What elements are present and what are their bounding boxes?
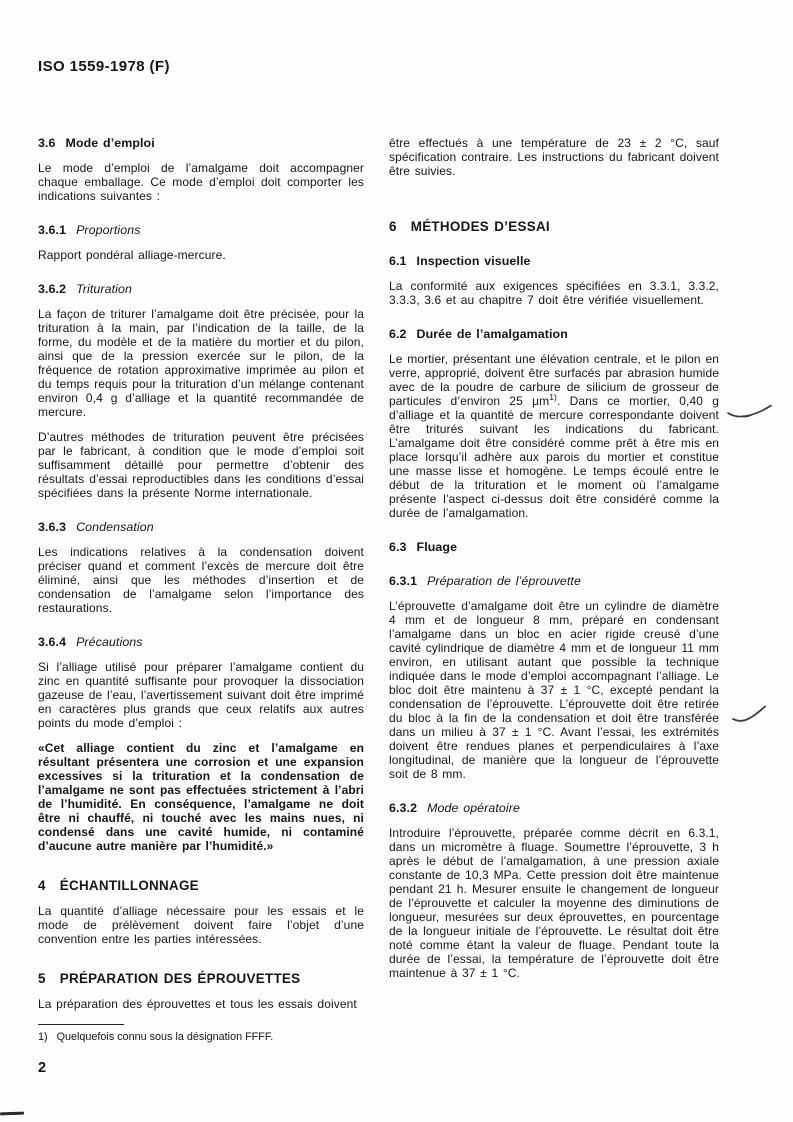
heading-6-3-1: 6.3.1Préparation de l’éprouvette — [389, 574, 719, 588]
heading-3-6-2: 3.6.2Trituration — [38, 282, 364, 296]
heading-6-2: 6.2Durée de l’amalgamation — [389, 327, 719, 341]
paragraph: être effectués à une température de 23 ±… — [389, 136, 719, 178]
paragraph: La préparation des éprouvettes et tous l… — [38, 997, 364, 1011]
section-title: Proportions — [76, 223, 140, 237]
section-title: Trituration — [76, 282, 132, 296]
section-title: Préparation de l’éprouvette — [427, 574, 581, 588]
footnote-marker: 1) — [38, 1031, 48, 1043]
footnote-rule — [38, 1024, 124, 1025]
section-number: 6.3.2 — [389, 801, 417, 815]
handwritten-tick-mark — [726, 402, 774, 422]
section-title: Condensation — [76, 520, 154, 534]
section-number: 6 — [389, 219, 397, 234]
section-number: 3.6.3 — [38, 520, 66, 534]
paragraph: Rapport pondéral alliage-mercure. — [38, 248, 364, 262]
page-number: 2 — [38, 1060, 46, 1076]
handwritten-tick-mark — [731, 704, 767, 726]
footnote: 1)Quelquefois connu sous la désignation … — [38, 1024, 438, 1043]
footnote-reference: 1) — [549, 392, 557, 402]
section-number: 6.1 — [389, 254, 407, 268]
section-title: Mode d’emploi — [66, 136, 155, 150]
heading-6-1: 6.1Inspection visuelle — [389, 254, 719, 268]
section-number: 5 — [38, 971, 46, 986]
section-title: Fluage — [417, 540, 458, 554]
paragraph: L’éprouvette d’amalgame doit être un cyl… — [389, 599, 719, 781]
heading-6-3: 6.3Fluage — [389, 540, 719, 554]
paragraph-with-footnote-ref: Le mortier, présentant une élévation cen… — [389, 352, 719, 520]
warning-paragraph: «Cet alliage contient du zinc et l’amalg… — [38, 741, 364, 853]
section-number: 3.6.2 — [38, 282, 66, 296]
paragraph: La conformité aux exigences spécifiées e… — [389, 279, 719, 307]
paragraph: Le mode d’emploi de l’amalgame doit acco… — [38, 161, 364, 203]
heading-3-6: 3.6Mode d’emploi — [38, 136, 364, 150]
heading-3-6-3: 3.6.3Condensation — [38, 520, 364, 534]
scan-artifact-dash — [0, 1112, 24, 1116]
heading-5: 5PRÉPARATION DES ÉPROUVETTES — [38, 972, 364, 986]
section-number: 6.2 — [389, 327, 407, 341]
heading-6: 6MÉTHODES D’ESSAI — [389, 220, 719, 234]
section-title: Mode opératoire — [427, 801, 520, 815]
section-title: Inspection visuelle — [417, 254, 531, 268]
section-title: MÉTHODES D’ESSAI — [411, 219, 550, 234]
paragraph: Introduire l’éprouvette, préparée comme … — [389, 826, 719, 980]
section-number: 3.6 — [38, 136, 56, 150]
section-number: 3.6.1 — [38, 223, 66, 237]
section-title: PRÉPARATION DES ÉPROUVETTES — [60, 971, 301, 986]
section-number: 4 — [38, 878, 46, 893]
document-reference: ISO 1559-1978 (F) — [38, 58, 170, 75]
section-number: 3.6.4 — [38, 635, 66, 649]
heading-6-3-2: 6.3.2Mode opératoire — [389, 801, 719, 815]
heading-3-6-1: 3.6.1Proportions — [38, 223, 364, 237]
paragraph: Les indications relatives à la condensat… — [38, 545, 364, 615]
paragraph-text: . Dans ce mortier, 0,40 g d’alliage et l… — [389, 394, 719, 520]
section-number: 6.3.1 — [389, 574, 417, 588]
document-page: ISO 1559-1978 (F) 3.6Mode d’emploi Le mo… — [0, 0, 793, 1122]
heading-3-6-4: 3.6.4Précautions — [38, 635, 364, 649]
section-number: 6.3 — [389, 540, 407, 554]
paragraph: Si l’alliage utilisé pour préparer l’ama… — [38, 660, 364, 730]
left-column: 3.6Mode d’emploi Le mode d’emploi de l’a… — [38, 136, 364, 1022]
paragraph: La façon de triturer l’amalgame doit êtr… — [38, 307, 364, 419]
section-title: ÉCHANTILLONNAGE — [60, 878, 199, 893]
right-column: être effectués à une température de 23 ±… — [389, 136, 719, 991]
paragraph: La quantité d’alliage nécessaire pour le… — [38, 904, 364, 946]
section-title: Précautions — [76, 635, 143, 649]
section-title: Durée de l’amalgamation — [417, 327, 568, 341]
footnote-text: Quelquefois connu sous la désignation FF… — [57, 1031, 274, 1043]
paragraph: D’autres méthodes de trituration peuvent… — [38, 430, 364, 500]
heading-4: 4ÉCHANTILLONNAGE — [38, 879, 364, 893]
